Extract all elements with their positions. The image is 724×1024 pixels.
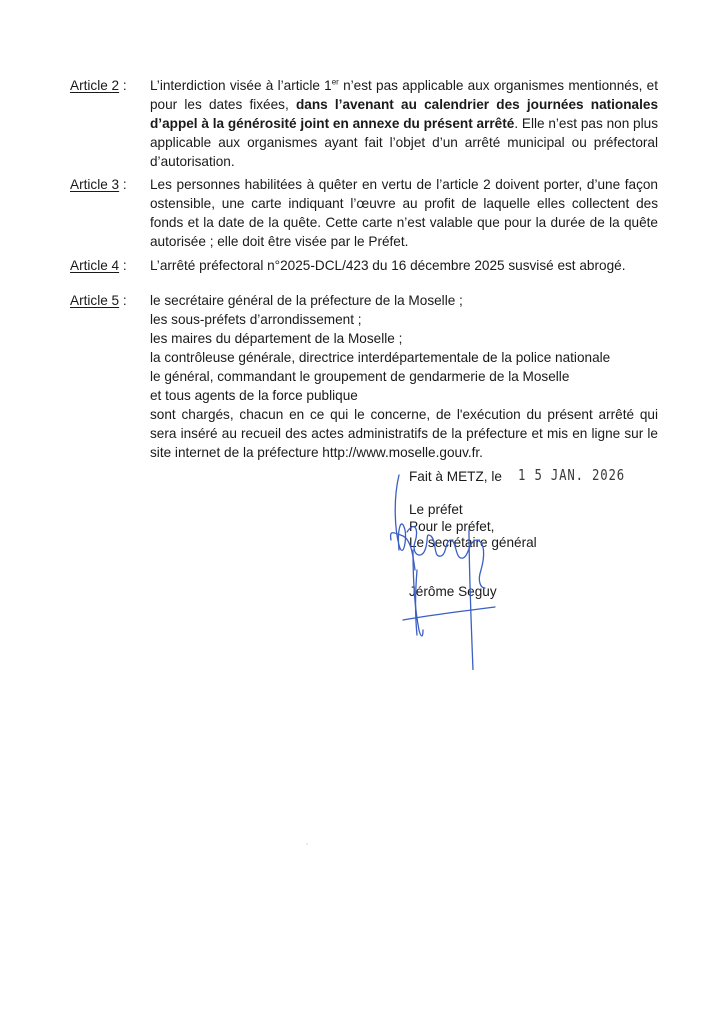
signatory-title-3: Le secrétaire général xyxy=(409,534,537,552)
addressee-line: les maires du département de la Moselle … xyxy=(150,329,658,348)
signatory-name: Jérôme Seguy xyxy=(409,583,497,601)
article-5: Article 5 : le secrétaire général de la … xyxy=(70,291,658,462)
signatory-title-1: Le préfet xyxy=(409,501,463,519)
date-stamp: 1 5 JAN. 2026 xyxy=(518,466,625,484)
addressee-line: le secrétaire général de la préfecture d… xyxy=(150,291,658,310)
article-body: L’arrêté préfectoral n°2025-DCL/423 du 1… xyxy=(150,256,658,275)
article-4: Article 4 : L’arrêté préfectoral n°2025-… xyxy=(70,256,658,275)
handwritten-signature xyxy=(385,470,515,670)
article-body: L’interdiction visée à l’article 1er n’e… xyxy=(150,76,658,171)
document-page: Article 2 : L’interdiction visée à l’art… xyxy=(0,0,724,1024)
article-2: Article 2 : L’interdiction visée à l’art… xyxy=(70,76,658,171)
scan-speck xyxy=(306,843,308,845)
addressee-line: la contrôleuse générale, directrice inte… xyxy=(150,348,658,367)
addressee-line: le général, commandant le groupement de … xyxy=(150,367,658,386)
addressee-line: et tous agents de la force publique xyxy=(150,386,658,405)
closing-paragraph: sont chargés, chacun en ce qui le concer… xyxy=(150,405,658,462)
article-body: Les personnes habilitées à quêter en ver… xyxy=(150,175,658,251)
place-line: Fait à METZ, le xyxy=(409,468,502,486)
article-body: le secrétaire général de la préfecture d… xyxy=(150,291,658,462)
article-label: Article 3 : xyxy=(70,175,150,194)
article-label: Article 4 : xyxy=(70,256,150,275)
addressee-line: les sous-préfets d’arrondissement ; xyxy=(150,310,658,329)
article-label: Article 2 : xyxy=(70,76,150,95)
article-3: Article 3 : Les personnes habilitées à q… xyxy=(70,175,658,251)
article-label: Article 5 : xyxy=(70,291,150,310)
